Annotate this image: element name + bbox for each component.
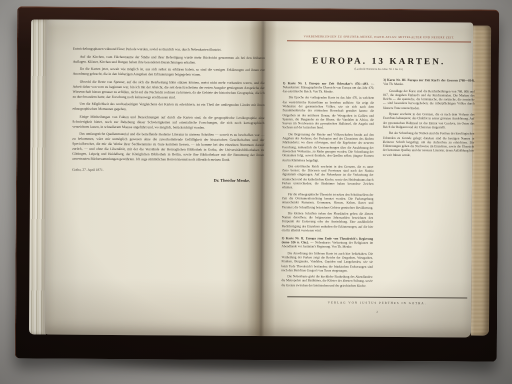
paragraph: Byzanz erscheint in den Grenzen, die es … (383, 112, 475, 130)
paragraph: Das oströmische Reich erscheint in den G… (282, 164, 374, 190)
sheet-signature-mark: 2 (281, 309, 473, 314)
preface-paragraphs: Entwickelungsphasen während Einer Period… (72, 47, 265, 163)
paragraph: Die Nebenkarte giebt die kirchliche Eint… (281, 274, 373, 288)
paragraph: Obwohl die Reste von Spruner, auf die si… (73, 79, 265, 100)
paragraph: Entwickelungsphasen während Einer Period… (73, 47, 265, 53)
paragraph: Einige Mittheilungen von Fakten und Beze… (72, 114, 264, 130)
paragraph: 1) Karte Nr. I. Europa zur Zeit Odovakar… (283, 81, 375, 95)
paragraph: Auf die Kirchen, vom Flächenraume der St… (73, 54, 265, 65)
paragraph: Die Anordnung der früheren Karte ist auc… (281, 251, 373, 273)
paragraph: Die Begrenzung der Reiche und Völkerscha… (282, 132, 374, 163)
right-page: VORBEMERKUNGEN ZU SPRUNER-MENKE, HAND-AT… (281, 34, 475, 335)
paragraph: 3) Karte Nr. III. Europa zur Zeit Karl's… (383, 78, 475, 87)
section-subtitle: (Laufende Nummern des Atlas: Nr. 1 bis 1… (283, 67, 475, 71)
paragraph: Die kleinen Schriften neben den Flussläu… (282, 211, 374, 233)
running-header: VORBEMERKUNGEN ZU SPRUNER-MENKE, HAND-AT… (287, 34, 471, 42)
open-book: Entwickelungsphasen während Einer Period… (15, 6, 499, 361)
left-page-text-block: Entwickelungsphasen während Einer Period… (71, 47, 265, 298)
publisher-imprint: VERLAG VON JUSTUS PERTHES IN GOTHA. (281, 300, 473, 305)
date-line: Gotha, 27. April 1871. (72, 168, 264, 174)
two-column-text: 1) Karte Nr. I. Europa zur Zeit Odovakar… (281, 77, 474, 291)
paragraph: Das umfangreiche Quellenmaterial und die… (72, 132, 264, 163)
paragraph: 2) Karte Nr. II. Europa zum Ende von The… (282, 236, 374, 250)
paragraph: Für die ethnographische Übersicht ist ne… (282, 192, 374, 210)
paragraph: Grundlage der Karte sind die Reichstheil… (383, 88, 475, 110)
section-title: EUROPA. 13 KARTEN. (283, 55, 475, 66)
paragraph: Um die Möglichkeit des wechselseitigen V… (73, 102, 265, 113)
paragraph: Da die Karten jetzt, soweit wie möglich … (73, 67, 265, 78)
footer-rule (287, 296, 467, 298)
paragraph: Bei der Schreibung der Namen sind die Fo… (383, 131, 475, 157)
paragraph: Die Epoche der vorliegenden Karte ist da… (282, 96, 374, 131)
author-signature: Dr. Theodor Menke. (72, 177, 264, 183)
